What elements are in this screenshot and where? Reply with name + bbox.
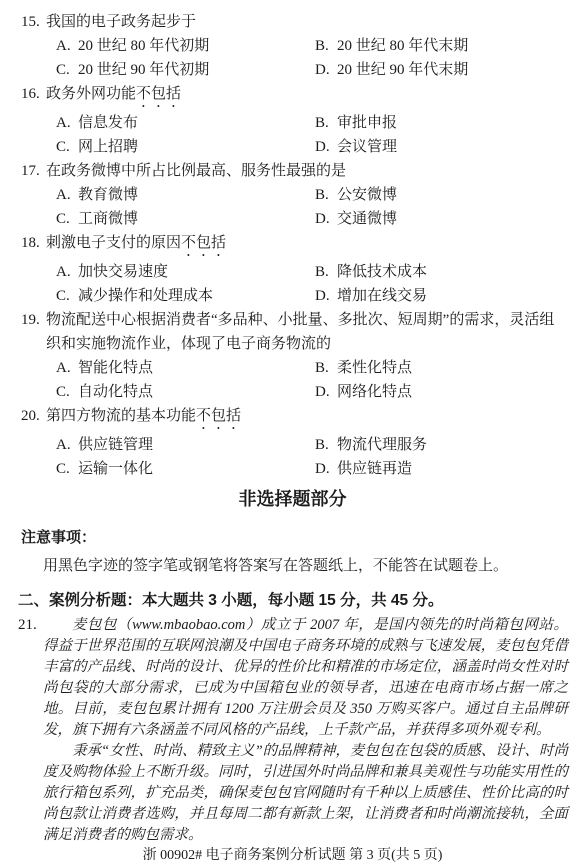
question: 16.政务外网功能不包括A.信息发布B.审批申报C.网上招聘D.会议管理 bbox=[0, 82, 585, 159]
question-number: 18. bbox=[21, 231, 46, 260]
case-paragraph-1: 麦包包（www.mbaobao.com）成立于 2007 年，是国内领先的时尚箱… bbox=[43, 615, 568, 741]
options-row: A.教育微博B.公安微博 bbox=[0, 183, 585, 207]
notice-label: 注意事项： bbox=[21, 527, 585, 549]
option-text: 教育微博 bbox=[78, 183, 138, 207]
notice-text: 用黑色字迹的签字笔或钢笔将答案写在答题纸上，不能答在试题卷上。 bbox=[43, 554, 585, 578]
options-row: A.信息发布B.审批申报 bbox=[0, 111, 585, 135]
option: A.智能化特点 bbox=[56, 356, 315, 380]
option: D.网络化特点 bbox=[315, 380, 412, 404]
option: C.工商微博 bbox=[56, 207, 315, 231]
option: D.会议管理 bbox=[315, 135, 397, 159]
option-label: B. bbox=[315, 260, 337, 284]
option-text: 20 世纪 90 年代初期 bbox=[78, 58, 209, 82]
option-text: 运输一体化 bbox=[78, 457, 153, 481]
option: B.柔性化特点 bbox=[315, 356, 412, 380]
option-label: A. bbox=[56, 34, 78, 58]
option: B.公安微博 bbox=[315, 183, 397, 207]
question-stem-line: 15.我国的电子政务起步于 bbox=[0, 10, 585, 34]
options-row: C.工商微博D.交通微博 bbox=[0, 207, 585, 231]
option-label: A. bbox=[56, 356, 78, 380]
option-label: D. bbox=[315, 207, 337, 231]
option-label: B. bbox=[315, 183, 337, 207]
option-label: B. bbox=[315, 356, 337, 380]
option: A.教育微博 bbox=[56, 183, 315, 207]
option: A.信息发布 bbox=[56, 111, 315, 135]
option: C.自动化特点 bbox=[56, 380, 315, 404]
section-title: 非选择题部分 bbox=[0, 486, 585, 512]
option-text: 减少操作和处理成本 bbox=[78, 284, 213, 308]
option-label: D. bbox=[315, 135, 337, 159]
mcq-section: 15.我国的电子政务起步于A.20 世纪 80 年代初期B.20 世纪 80 年… bbox=[0, 0, 585, 481]
option: D.交通微博 bbox=[315, 207, 397, 231]
option-text: 会议管理 bbox=[337, 135, 397, 159]
options-row: A.智能化特点B.柔性化特点 bbox=[0, 356, 585, 380]
option-label: B. bbox=[315, 34, 337, 58]
question: 17.在政务微博中所占比例最高、服务性最强的是A.教育微博B.公安微博C.工商微… bbox=[0, 159, 585, 231]
option-text: 交通微博 bbox=[337, 207, 397, 231]
option-label: C. bbox=[56, 135, 78, 159]
option-text: 20 世纪 90 年代末期 bbox=[337, 58, 468, 82]
options-row: A.供应链管理B.物流代理服务 bbox=[0, 433, 585, 457]
option-label: C. bbox=[56, 58, 78, 82]
question: 20.第四方物流的基本功能不包括A.供应链管理B.物流代理服务C.运输一体化D.… bbox=[0, 404, 585, 481]
option-label: B. bbox=[315, 433, 337, 457]
question-stem: 第四方物流的基本功能不包括 bbox=[46, 404, 568, 433]
option-text: 加快交易速度 bbox=[78, 260, 168, 284]
option-text: 增加在线交易 bbox=[337, 284, 427, 308]
question: 19.物流配送中心根据消费者“多品种、小批量、多批次、短周期”的需求，灵活组织和… bbox=[0, 308, 585, 404]
question-stem-line: 20.第四方物流的基本功能不包括 bbox=[0, 404, 585, 433]
question-stem-line: 16.政务外网功能不包括 bbox=[0, 82, 585, 111]
option-text: 审批申报 bbox=[337, 111, 397, 135]
question: 18.刺激电子支付的原因不包括A.加快交易速度B.降低技术成本C.减少操作和处理… bbox=[0, 231, 585, 308]
question-stem-line: 19.物流配送中心根据消费者“多品种、小批量、多批次、短周期”的需求，灵活组织和… bbox=[0, 308, 585, 356]
options-row: C.减少操作和处理成本D.增加在线交易 bbox=[0, 284, 585, 308]
option: A.加快交易速度 bbox=[56, 260, 315, 284]
option-text: 物流代理服务 bbox=[337, 433, 427, 457]
option-text: 自动化特点 bbox=[78, 380, 153, 404]
option-label: B. bbox=[315, 111, 337, 135]
question-stem: 物流配送中心根据消费者“多品种、小批量、多批次、短周期”的需求，灵活组织和实施物… bbox=[46, 308, 568, 356]
option: B.降低技术成本 bbox=[315, 260, 427, 284]
option: A.供应链管理 bbox=[56, 433, 315, 457]
option-label: D. bbox=[315, 457, 337, 481]
exam-page: 15.我国的电子政务起步于A.20 世纪 80 年代初期B.20 世纪 80 年… bbox=[0, 0, 585, 865]
option: C.减少操作和处理成本 bbox=[56, 284, 315, 308]
option: B.物流代理服务 bbox=[315, 433, 427, 457]
option: C.运输一体化 bbox=[56, 457, 315, 481]
question-number: 20. bbox=[21, 404, 46, 433]
option: C.网上招聘 bbox=[56, 135, 315, 159]
option-text: 公安微博 bbox=[337, 183, 397, 207]
options-row: C.20 世纪 90 年代初期D.20 世纪 90 年代末期 bbox=[0, 58, 585, 82]
option-label: A. bbox=[56, 111, 78, 135]
option-label: C. bbox=[56, 284, 78, 308]
option: D.增加在线交易 bbox=[315, 284, 427, 308]
options-row: C.自动化特点D.网络化特点 bbox=[0, 380, 585, 404]
option-label: C. bbox=[56, 380, 78, 404]
option: D.供应链再造 bbox=[315, 457, 412, 481]
option: D.20 世纪 90 年代末期 bbox=[315, 58, 468, 82]
question-number: 19. bbox=[21, 308, 46, 356]
options-row: C.运输一体化D.供应链再造 bbox=[0, 457, 585, 481]
case-paragraph-2: 秉承“女性、时尚、精致主义”的品牌精神，麦包包在包袋的质感、设计、时尚度及购物体… bbox=[43, 741, 568, 846]
question-number: 16. bbox=[21, 82, 46, 111]
option-text: 工商微博 bbox=[78, 207, 138, 231]
question-stem-emphasis: 不包括 bbox=[181, 235, 226, 251]
page-footer: 浙 00902# 电子商务案例分析试题 第 3 页(共 5 页) bbox=[0, 846, 585, 865]
case-study: 21. 麦包包（www.mbaobao.com）成立于 2007 年，是国内领先… bbox=[43, 615, 568, 846]
case-question-number: 21. bbox=[18, 615, 37, 636]
option-text: 20 世纪 80 年代末期 bbox=[337, 34, 468, 58]
option-text: 20 世纪 80 年代初期 bbox=[78, 34, 209, 58]
question: 15.我国的电子政务起步于A.20 世纪 80 年代初期B.20 世纪 80 年… bbox=[0, 10, 585, 82]
option-text: 柔性化特点 bbox=[337, 356, 412, 380]
option-label: A. bbox=[56, 260, 78, 284]
option-label: C. bbox=[56, 457, 78, 481]
options-row: A.加快交易速度B.降低技术成本 bbox=[0, 260, 585, 284]
question-stem: 政务外网功能不包括 bbox=[46, 82, 568, 111]
question-stem-line: 17.在政务微博中所占比例最高、服务性最强的是 bbox=[0, 159, 585, 183]
question-stem-emphasis: 不包括 bbox=[196, 408, 241, 424]
question-number: 15. bbox=[21, 10, 46, 34]
option-text: 网上招聘 bbox=[78, 135, 138, 159]
option-label: A. bbox=[56, 433, 78, 457]
option-text: 供应链管理 bbox=[78, 433, 153, 457]
question-stem-line: 18.刺激电子支付的原因不包括 bbox=[0, 231, 585, 260]
question-stem: 我国的电子政务起步于 bbox=[46, 10, 568, 34]
option-label: A. bbox=[56, 183, 78, 207]
options-row: A.20 世纪 80 年代初期B.20 世纪 80 年代末期 bbox=[0, 34, 585, 58]
question-stem-emphasis: 不包括 bbox=[136, 86, 181, 102]
option-label: D. bbox=[315, 284, 337, 308]
option: B.20 世纪 80 年代末期 bbox=[315, 34, 468, 58]
option-label: C. bbox=[56, 207, 78, 231]
part-heading: 二、案例分析题：本大题共 3 小题，每小题 15 分，共 45 分。 bbox=[18, 589, 585, 613]
option-text: 智能化特点 bbox=[78, 356, 153, 380]
option-text: 供应链再造 bbox=[337, 457, 412, 481]
question-stem: 在政务微博中所占比例最高、服务性最强的是 bbox=[46, 159, 568, 183]
options-row: C.网上招聘D.会议管理 bbox=[0, 135, 585, 159]
option: B.审批申报 bbox=[315, 111, 397, 135]
option-text: 降低技术成本 bbox=[337, 260, 427, 284]
option: C.20 世纪 90 年代初期 bbox=[56, 58, 315, 82]
option-label: D. bbox=[315, 58, 337, 82]
option-label: D. bbox=[315, 380, 337, 404]
option-text: 信息发布 bbox=[78, 111, 138, 135]
question-number: 17. bbox=[21, 159, 46, 183]
option: A.20 世纪 80 年代初期 bbox=[56, 34, 315, 58]
option-text: 网络化特点 bbox=[337, 380, 412, 404]
question-stem: 刺激电子支付的原因不包括 bbox=[46, 231, 568, 260]
